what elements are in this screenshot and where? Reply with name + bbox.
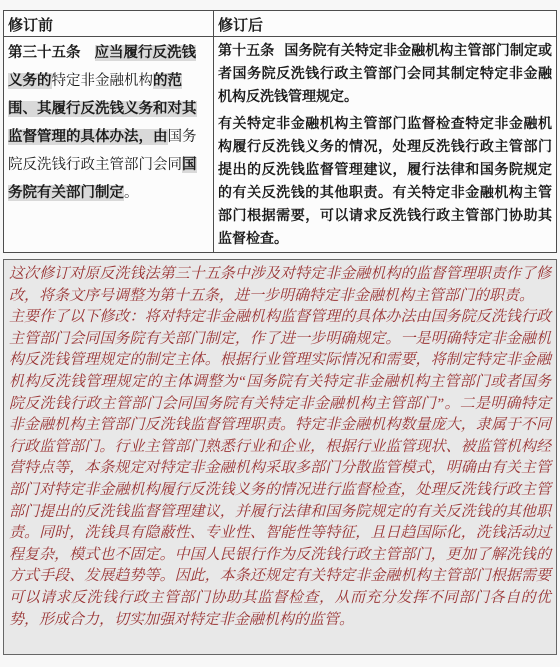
text-run: 。 <box>124 185 139 201</box>
column-header-before: 修订前 <box>4 11 214 37</box>
commentary-paragraph-1: 这次修订对原反洗钱法第三十五条中涉及对特定非金融机构的监督管理职责作了修改，将条… <box>9 264 551 307</box>
deleted-text-run: 制定 <box>95 185 124 201</box>
commentary-box: 这次修订对原反洗钱法第三十五条中涉及对特定非金融机构的监督管理职责作了修改，将条… <box>3 259 557 655</box>
document-page: 修订前 修订后 第三十五条应当履行反洗钱义务的特定非金融机构的范围、其履行反洗钱… <box>0 0 560 667</box>
after-paragraph-1: 第十五条国务院有关特定非金融机构主管部门制定或者国务院反洗钱行政主管部门会同其制… <box>218 39 552 108</box>
table-header-row: 修订前 修订后 <box>4 11 557 37</box>
after-paragraph-2: 有关特定非金融机构主管部门监督检查特定非金融机构履行反洗钱义务的情况，处理反洗钱… <box>218 112 552 250</box>
commentary-paragraph-2: 主要作了以下修改：将对特定非金融机构监督管理的具体办法由国务院反洗钱行政主管部门… <box>9 307 551 631</box>
after-article-number: 第十五条 <box>218 42 274 58</box>
column-header-after: 修订后 <box>214 11 557 37</box>
text-run: 特定非金融机构 <box>52 73 154 89</box>
revision-comparison-table: 修订前 修订后 第三十五条应当履行反洗钱义务的特定非金融机构的范围、其履行反洗钱… <box>3 10 557 253</box>
before-article-number: 第三十五条 <box>8 45 81 61</box>
before-cell-text: 应当履行反洗钱义务的特定非金融机构的范围、其履行反洗钱义务和对其监督管理的具体办… <box>8 45 197 201</box>
table-body-row: 第三十五条应当履行反洗钱义务的特定非金融机构的范围、其履行反洗钱义务和对其监督管… <box>4 37 557 253</box>
after-cell: 第十五条国务院有关特定非金融机构主管部门制定或者国务院反洗钱行政主管部门会同其制… <box>214 37 557 253</box>
before-cell: 第三十五条应当履行反洗钱义务的特定非金融机构的范围、其履行反洗钱义务和对其监督管… <box>4 37 214 253</box>
